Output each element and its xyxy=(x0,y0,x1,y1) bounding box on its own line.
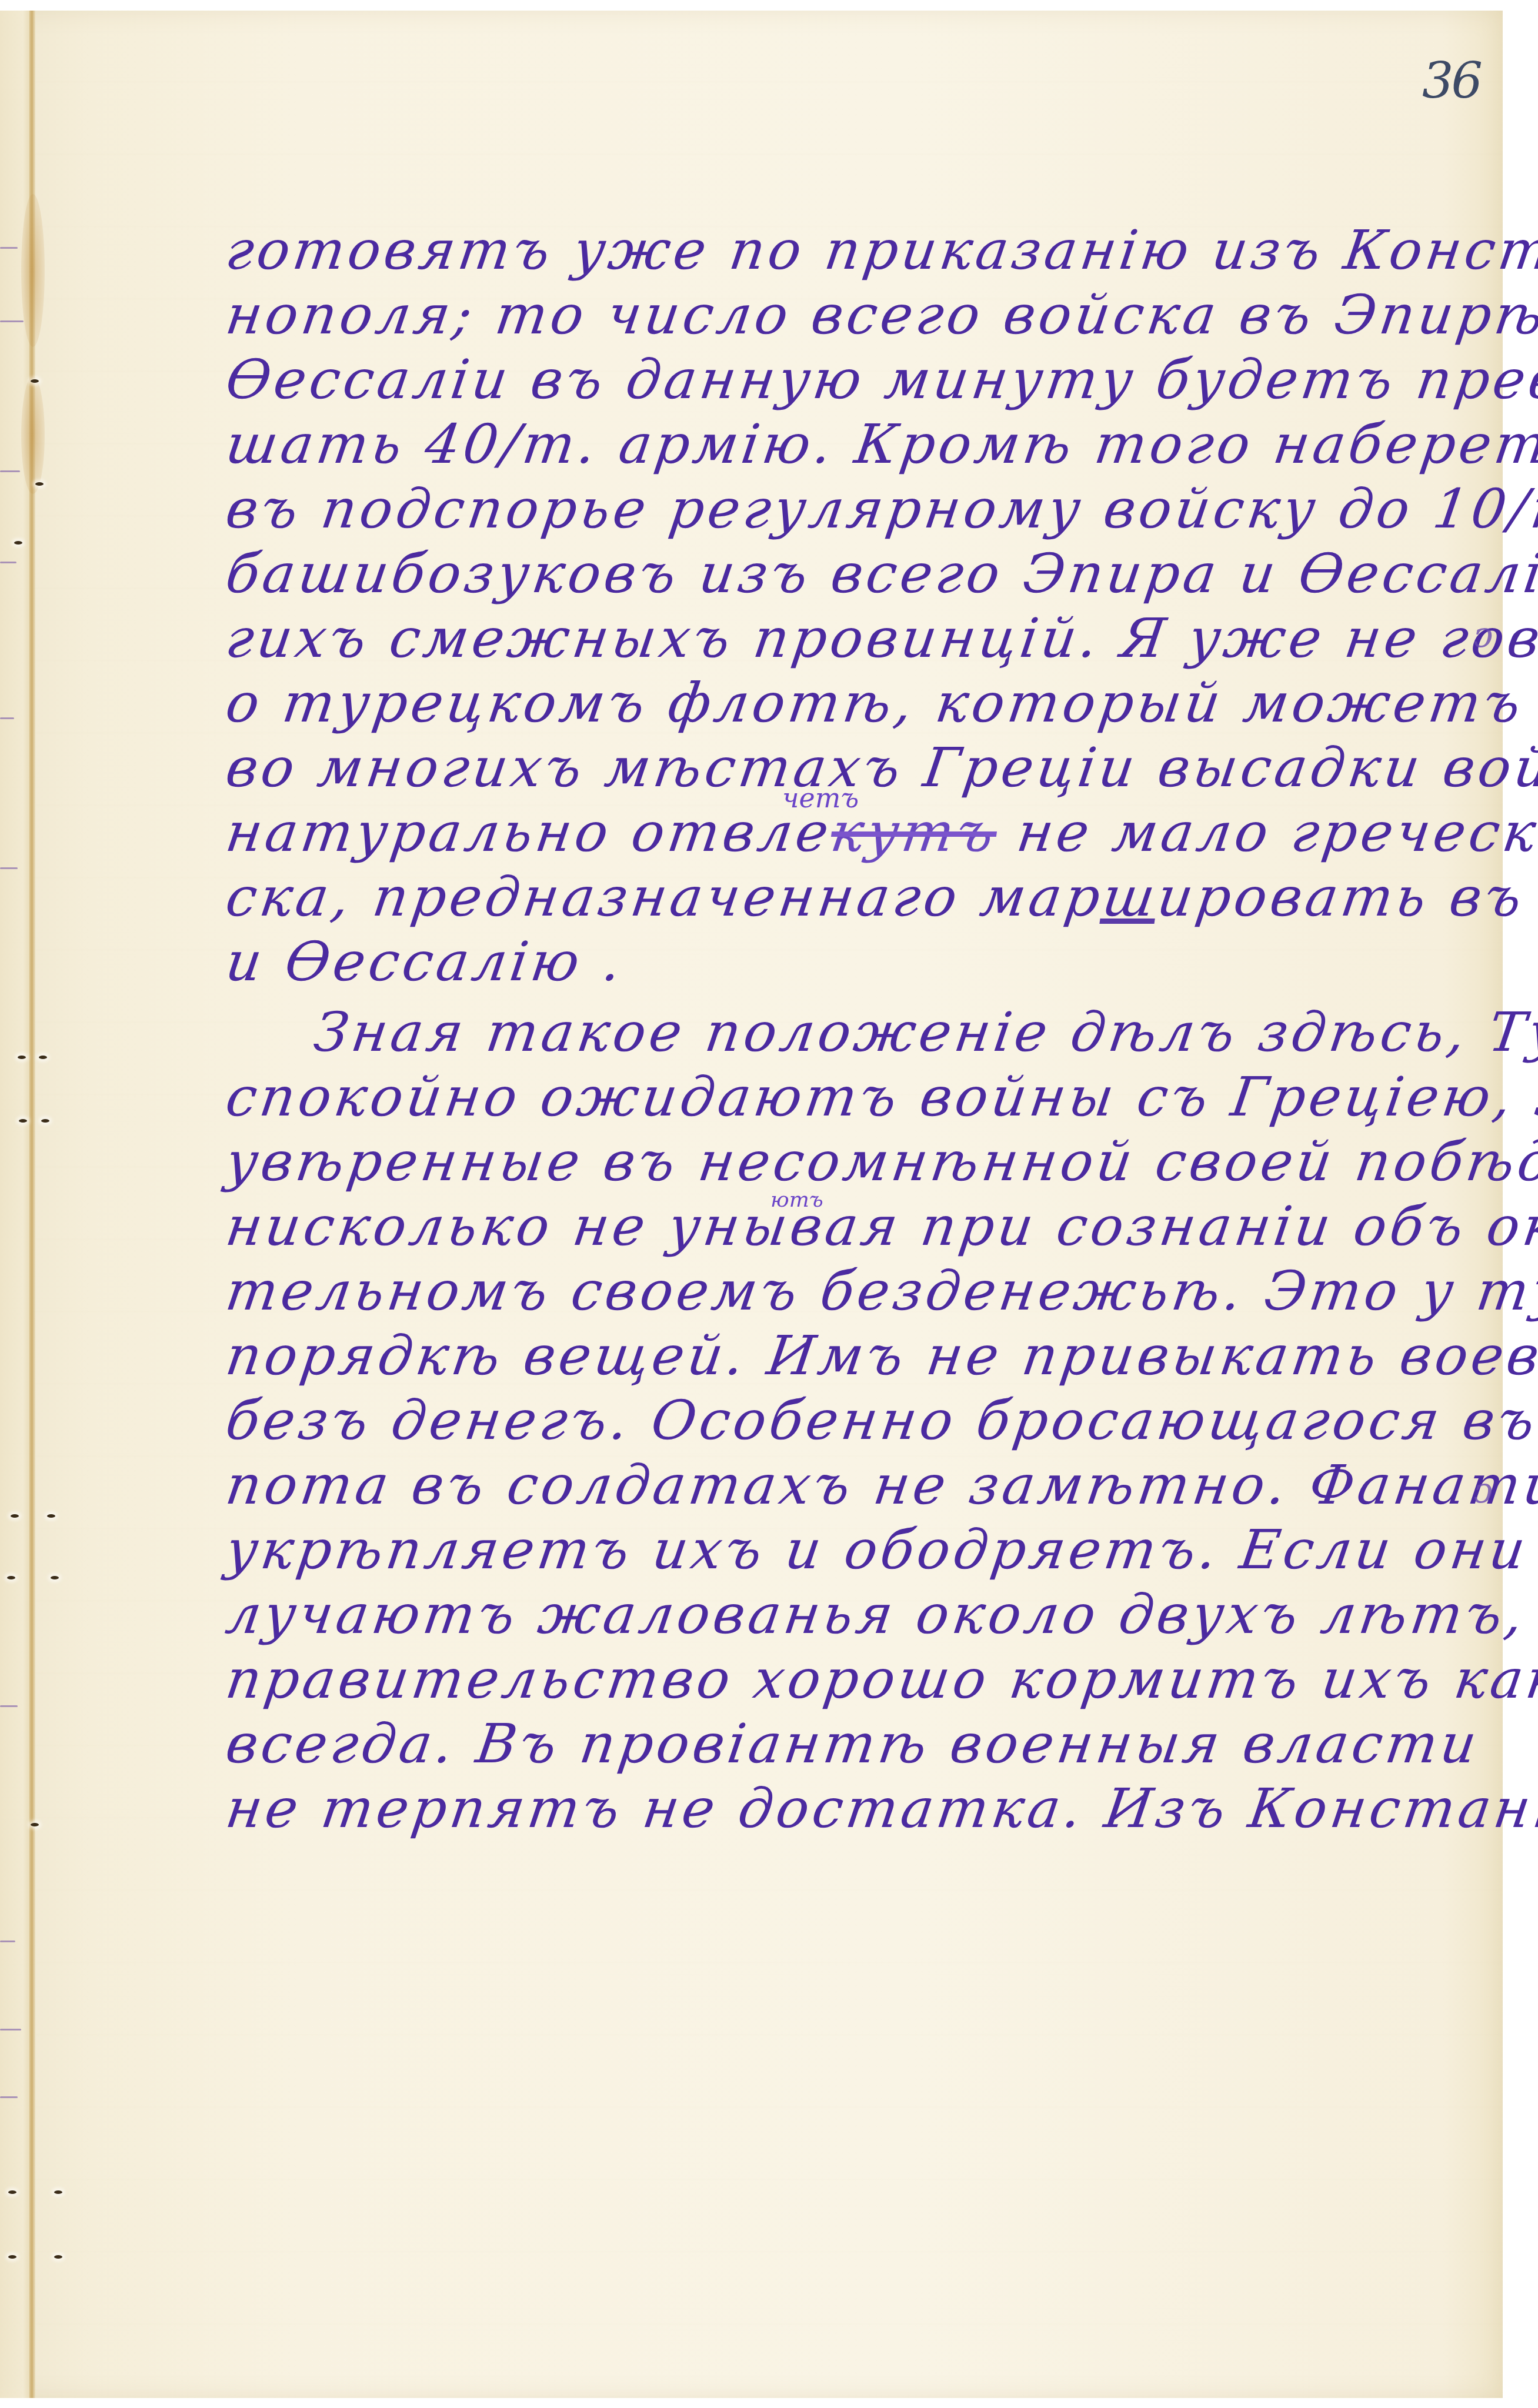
text-line: ска, предназначеннаго маршировать въ Эпи… xyxy=(223,870,1538,924)
text-line: порядкѣ вещей. Имъ не привыкать воевать xyxy=(223,1329,1538,1383)
text-line: нополя; то число всего войска въ Эпирѣ и xyxy=(223,288,1538,342)
text-line: гихъ смежныхъ провинцій. Я уже не говорю xyxy=(223,612,1538,666)
paper-stain xyxy=(21,376,45,494)
punch-hole xyxy=(54,2190,62,2194)
margin-ink-trace xyxy=(0,1705,18,1707)
text-line: въ подспорье регулярному войску до 10/ты… xyxy=(223,482,1538,536)
text-line: о турецкомъ флотѣ, который можетъ сдѣлат… xyxy=(223,676,1538,730)
text-line: правительство хорошо кормитъ ихъ какъ xyxy=(223,1652,1538,1706)
line-segment: не мало греческаго вой- xyxy=(992,801,1538,864)
line-segment: ировать въ Эпиръ xyxy=(1153,866,1538,929)
line-segment: ска, предназначеннаго мар xyxy=(222,866,1108,929)
text-line: безъ денегъ. Особенно бросающагося въ гл… xyxy=(223,1394,1538,1448)
page-number: 36 xyxy=(1422,52,1480,109)
text-line: пота въ солдатахъ не замѣтно. Фанатизмъ xyxy=(223,1458,1538,1512)
punch-hole xyxy=(31,1823,39,1826)
underlined-letter: ш xyxy=(1099,866,1162,929)
punch-hole xyxy=(19,1119,27,1123)
binding-fold xyxy=(29,11,35,2398)
margin-ink-trace xyxy=(0,1941,15,1942)
text-line: во многихъ мѣстахъ Греціи высадки войскъ… xyxy=(223,741,1538,795)
margin-ink-trace xyxy=(0,470,20,472)
punch-hole xyxy=(7,1576,15,1579)
text-line: всегда. Въ провіантѣ военныя власти xyxy=(223,1717,1483,1771)
interlinear-correction: ютъ xyxy=(770,1188,823,1212)
margin-ink-trace xyxy=(0,562,16,563)
text-line: увѣренные въ несомнѣнной своей побѣдѣ и xyxy=(223,1135,1538,1189)
text-line: шать 40/т. армію. Кромѣ того наберется xyxy=(223,418,1538,472)
text-line: Өессаліи въ данную минуту будетъ превы- xyxy=(223,353,1538,407)
margin-ink-trace xyxy=(0,717,14,719)
adjacent-page-edge xyxy=(0,11,33,2398)
line-segment: при сознаніи объ оконча- xyxy=(896,1195,1538,1258)
margin-ink-trace xyxy=(0,867,18,869)
punch-hole xyxy=(8,2255,16,2259)
punch-hole xyxy=(47,1514,55,1518)
text-line: укрѣпляетъ ихъ и ободряетъ. Если они не … xyxy=(223,1523,1538,1577)
interlinear-correction: четъ xyxy=(782,782,859,814)
paragraph-first-line: Зная такое положеніе дѣлъ здѣсь, Турки xyxy=(311,1006,1538,1060)
punch-hole xyxy=(8,2190,16,2194)
text-line: нисколько не унывая при сознаніи объ око… xyxy=(223,1200,1538,1254)
punch-hole xyxy=(11,1514,19,1518)
text-line: спокойно ожидаютъ войны съ Греціею, зара… xyxy=(223,1070,1538,1124)
text-line: тельномъ своемъ безденежьѣ. Это у турокъ… xyxy=(223,1264,1538,1318)
text-line: башибозуковъ изъ всего Эпира и Өессаліи … xyxy=(223,547,1538,601)
margin-mark: ↄ xyxy=(1473,614,1493,656)
text-line: готовятъ уже по приказанію изъ Константи… xyxy=(223,223,1538,278)
text-line: лучаютъ жалованья около двухъ лѣтъ, за т… xyxy=(223,1588,1538,1642)
margin-ink-trace xyxy=(0,247,18,249)
punch-hole xyxy=(31,379,39,383)
text-line: и Өессалію . xyxy=(223,935,628,989)
punch-hole xyxy=(39,1056,47,1059)
punch-hole xyxy=(51,1576,59,1579)
text-line: не терпятъ не достатка. Изъ Константино- xyxy=(223,1782,1538,1836)
line-segment: натурально отвле xyxy=(222,801,836,864)
margin-ink-trace xyxy=(0,2029,21,2030)
punch-hole xyxy=(35,482,44,486)
text-line: натурально отвлекутъ не мало греческаго … xyxy=(223,806,1538,860)
punch-hole xyxy=(14,541,22,545)
paper-stain xyxy=(21,194,45,347)
margin-ink-trace xyxy=(0,320,24,322)
margin-ink-trace xyxy=(0,2096,18,2098)
margin-mark: ↄ xyxy=(1473,1470,1493,1511)
punch-hole xyxy=(41,1119,49,1123)
punch-hole xyxy=(54,2255,62,2259)
punch-hole xyxy=(18,1056,26,1059)
